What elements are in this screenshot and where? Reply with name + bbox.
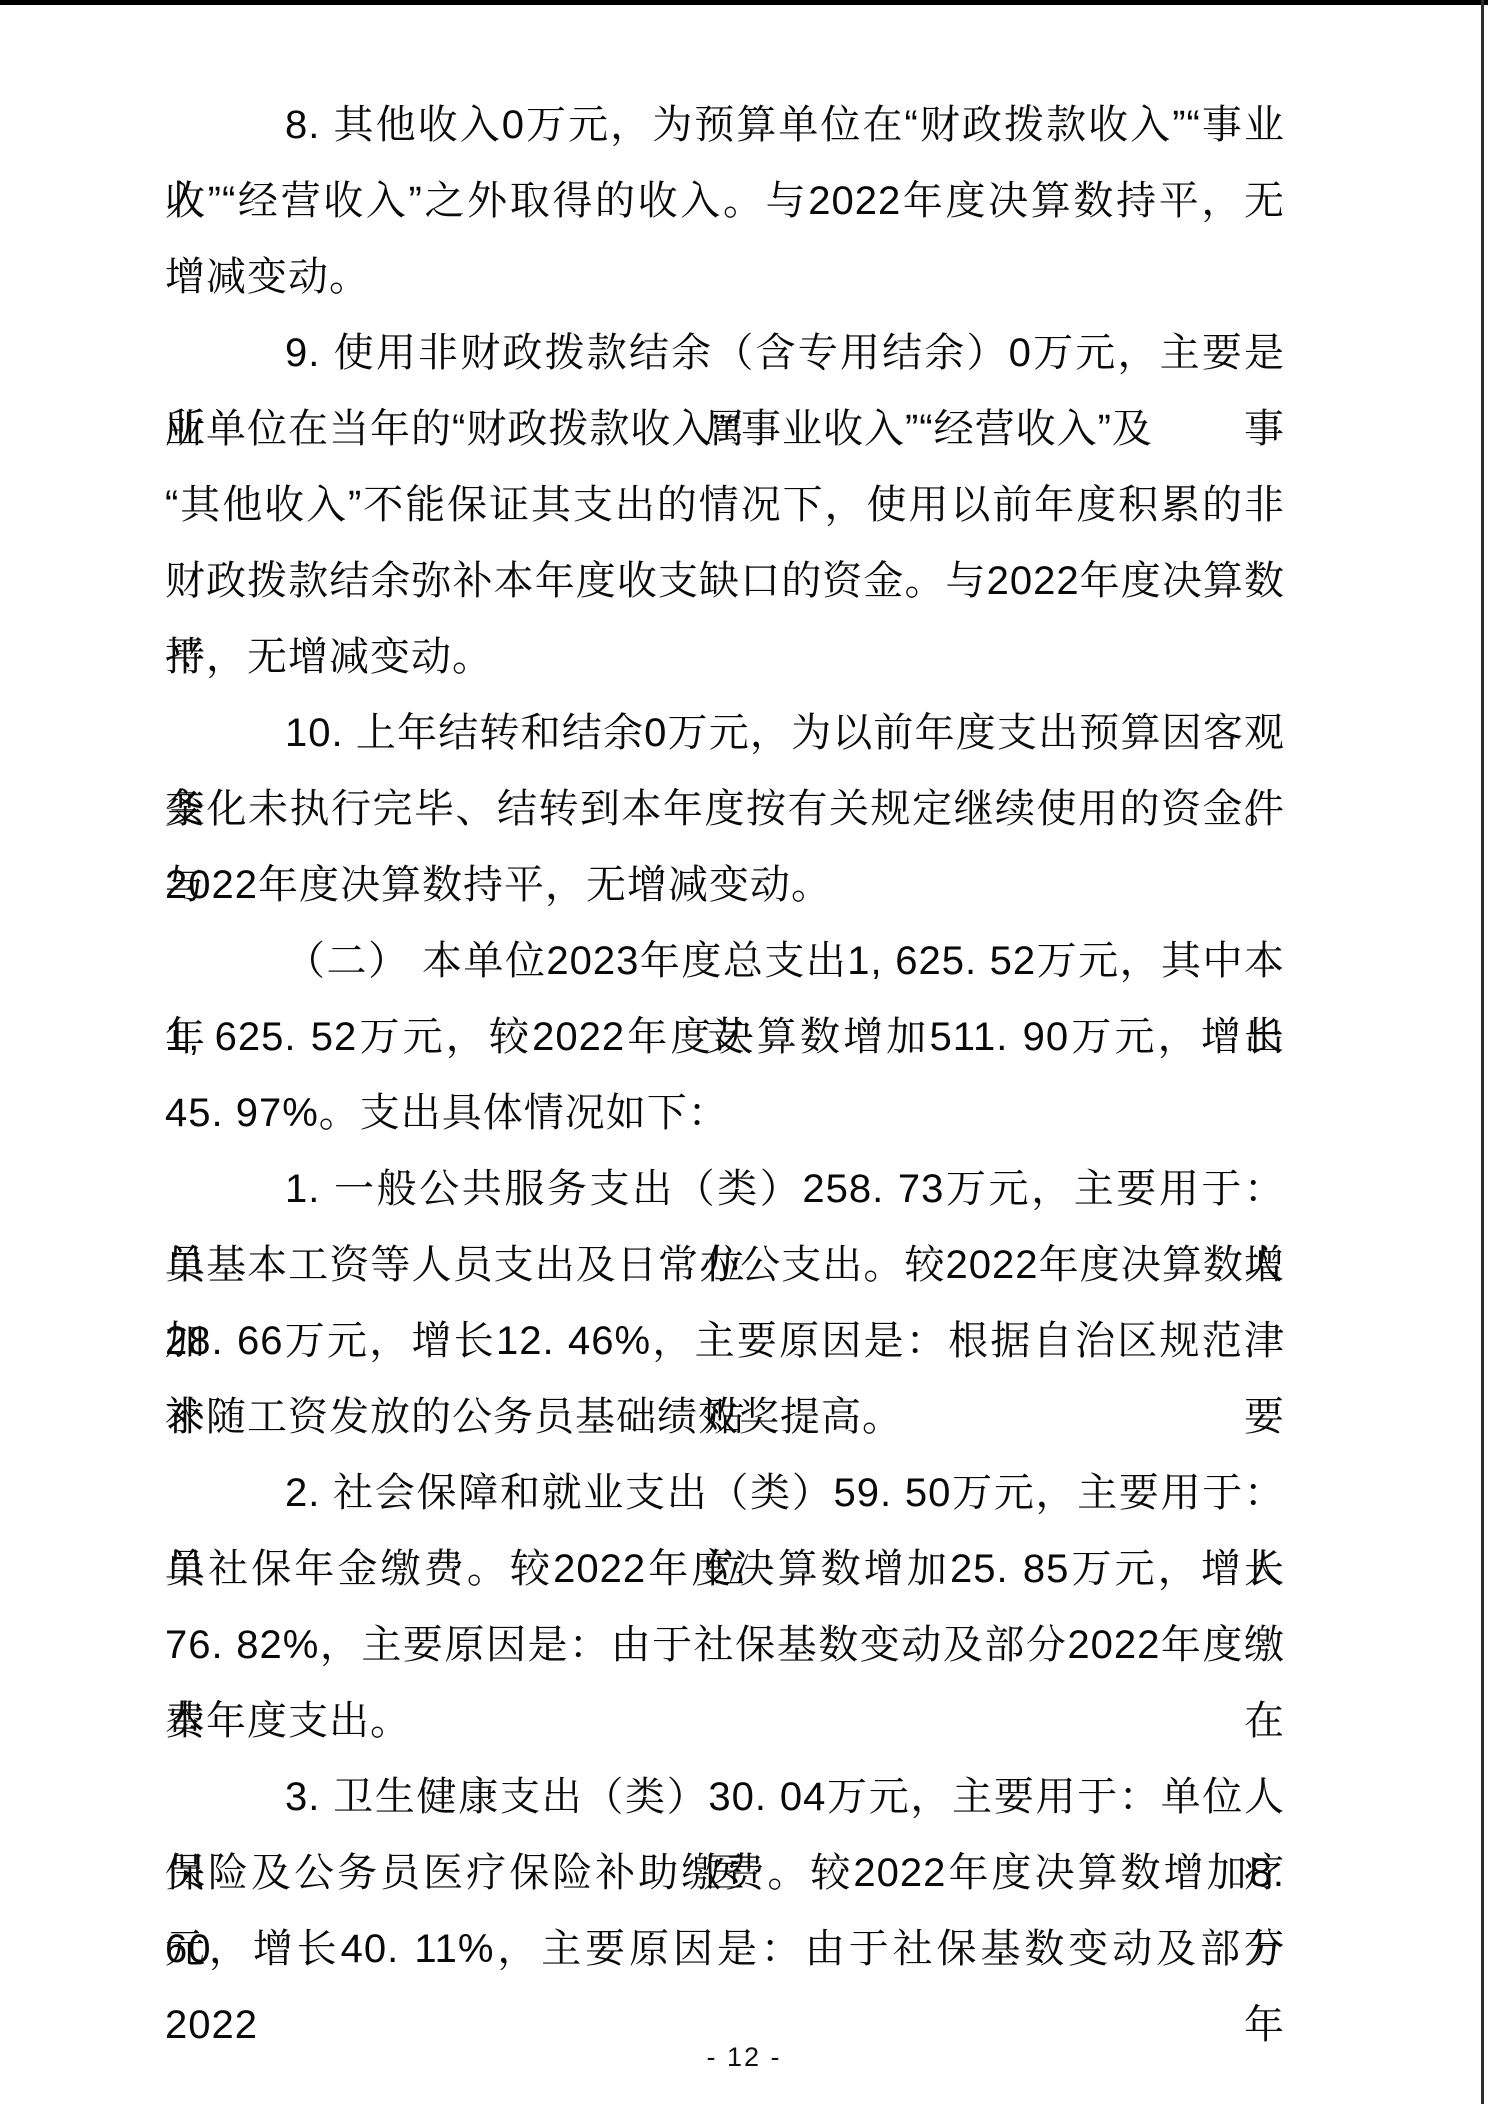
text-line: 10. 上年结转和结余0万元，为以前年度支出预算因客观条件 bbox=[165, 695, 1285, 771]
text-line: “其他收入”不能保证其支出的情况下，使用以前年度积累的非 bbox=[165, 467, 1285, 543]
document-page: 8. 其他收入0万元，为预算单位在“财政拨款收入”“事业收入”“经营收入”之外取… bbox=[0, 0, 1488, 2104]
text-line: 元，增长40. 11%，主要原因是：由于社保基数变动及部分2022年 bbox=[165, 1911, 1285, 1987]
text-line: 76. 82%，主要原因是：由于社保基数变动及部分2022年度缴费在 bbox=[165, 1607, 1285, 1683]
text-line: 员基本工资等人员支出及日常办公支出。较2022年度决算数增加 bbox=[165, 1227, 1285, 1303]
text-line: 增减变动。 bbox=[165, 239, 1285, 315]
text-line: 9. 使用非财政拨款结余（含专用结余）0万元，主要是所属事 bbox=[165, 315, 1285, 391]
page-right-rule bbox=[1481, 0, 1484, 2104]
text-line: 变化未执行完毕、结转到本年度按有关规定继续使用的资金。与 bbox=[165, 771, 1285, 847]
text-line: 28. 66万元，增长12. 46%，主要原因是：根据自治区规范津补贴要 bbox=[165, 1303, 1285, 1379]
text-line: 入”“经营收入”之外取得的收入。与2022年度决算数持平，无 bbox=[165, 163, 1285, 239]
page-number: - 12 - bbox=[0, 2042, 1488, 2073]
text-line: 员社保年金缴费。较2022年度决算数增加25. 85万元，增长 bbox=[165, 1531, 1285, 1607]
text-line: 8. 其他收入0万元，为预算单位在“财政拨款收入”“事业收 bbox=[165, 87, 1285, 163]
document-body: 8. 其他收入0万元，为预算单位在“财政拨款收入”“事业收入”“经营收入”之外取… bbox=[165, 87, 1285, 1987]
text-line: 平，无增减变动。 bbox=[165, 619, 1285, 695]
text-line: 财政拨款结余弥补本年度收支缺口的资金。与2022年度决算数持 bbox=[165, 543, 1285, 619]
text-line: 业单位在当年的“财政拨款收入”“事业收入”“经营收入”及 bbox=[165, 391, 1285, 467]
text-line: 1, 625. 52万元，较2022年度决算数增加511. 90万元，增长 bbox=[165, 999, 1285, 1075]
text-line: 45. 97%。支出具体情况如下： bbox=[165, 1075, 1285, 1151]
text-line: 2022年度决算数持平，无增减变动。 bbox=[165, 847, 1285, 923]
page-top-rule bbox=[0, 0, 1488, 5]
text-line: 3. 卫生健康支出（类）30. 04万元，主要用于：单位人员医疗 bbox=[165, 1759, 1285, 1835]
text-line: 2. 社会保障和就业支出（类）59. 50万元，主要用于：单位人 bbox=[165, 1455, 1285, 1531]
text-line: （二） 本单位2023年度总支出1, 625. 52万元，其中本年支出 bbox=[165, 923, 1285, 999]
text-line: 1. 一般公共服务支出（类）258. 73万元，主要用于：单位人 bbox=[165, 1151, 1285, 1227]
text-line: 保险及公务员医疗保险补助缴费。较2022年度决算数增加8. 60万 bbox=[165, 1835, 1285, 1911]
